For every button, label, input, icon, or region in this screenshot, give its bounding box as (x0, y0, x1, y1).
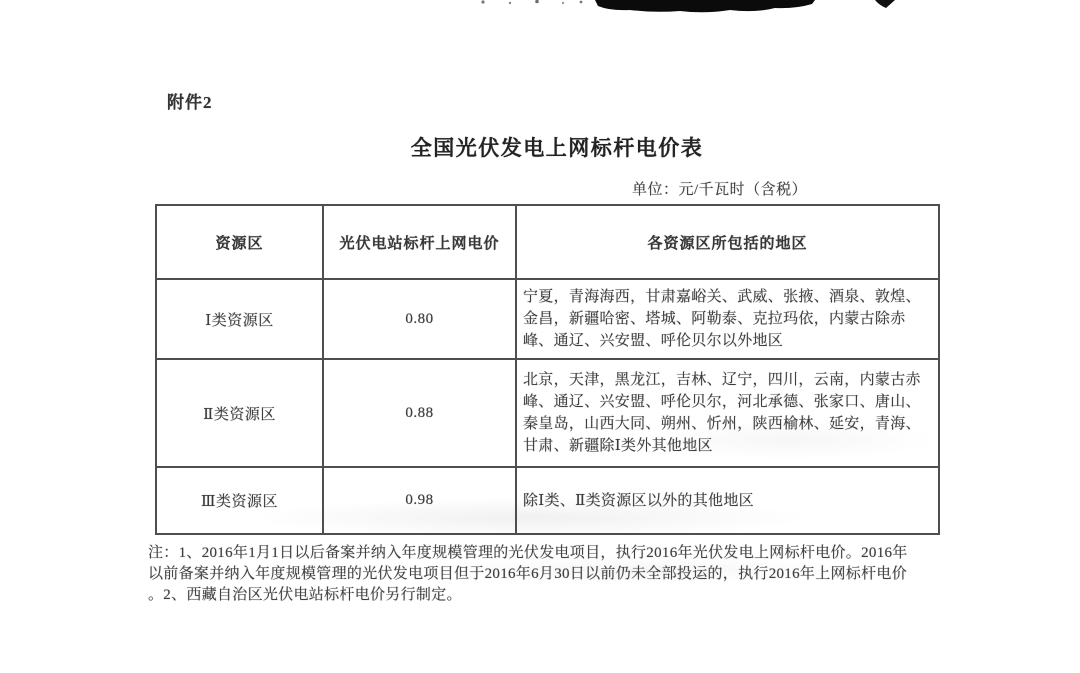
footnote-line: 注：1、2016年1月1日以后备案并纳入年度规模管理的光伏发电项目，执行2016… (148, 543, 988, 564)
attachment-label: 附件2 (167, 88, 213, 113)
unit-note: 单位：元/千瓦时（含税） (632, 178, 807, 199)
column-header-regions: 各资源区所包括的地区 (516, 205, 939, 279)
column-header-zone: 资源区 (156, 205, 323, 279)
document-title: 全国光伏发电上网标杆电价表 (0, 132, 1080, 162)
tariff-table: 资源区 光伏电站标杆上网电价 各资源区所包括的地区 Ⅰ类资源区 0.80 宁夏，… (155, 204, 940, 535)
table-row-zone-1: Ⅰ类资源区 0.80 宁夏，青海海西，甘肃嘉峪关、武威、张掖、酒泉、敦煌、金昌，… (156, 279, 939, 359)
zone-1-regions: 宁夏，青海海西，甘肃嘉峪关、武威、张掖、酒泉、敦煌、金昌，新疆哈密、塔城、阿勒泰… (516, 279, 939, 359)
scanned-document-page: 附件2 全国光伏发电上网标杆电价表 单位：元/千瓦时（含税） 资源区 光伏电站标… (0, 0, 1080, 673)
column-header-price: 光伏电站标杆上网电价 (323, 205, 516, 279)
footnote-line: 以前备案并纳入年度规模管理的光伏发电项目但于2016年6月30日以前仍未全部投运… (148, 564, 988, 585)
zone-3-regions: 除Ⅰ类、Ⅱ类资源区以外的其他地区 (516, 467, 939, 534)
zone-3-label: Ⅲ类资源区 (156, 467, 323, 534)
footnotes: 注：1、2016年1月1日以后备案并纳入年度规模管理的光伏发电项目，执行2016… (148, 543, 988, 606)
zone-3-price: 0.98 (323, 467, 516, 534)
zone-2-regions: 北京，天津，黑龙江，吉林、辽宁，四川，云南，内蒙古赤峰、通辽、兴安盟、呼伦贝尔，… (516, 359, 939, 467)
footnote-line: 。2、西藏自治区光伏电站标杆电价另行制定。 (148, 585, 988, 606)
table-row-zone-3: Ⅲ类资源区 0.98 除Ⅰ类、Ⅱ类资源区以外的其他地区 (156, 467, 939, 534)
ink-smudge-artifact (455, 0, 915, 20)
zone-1-price: 0.80 (323, 279, 516, 359)
zone-1-label: Ⅰ类资源区 (156, 279, 323, 359)
table-row-zone-2: Ⅱ类资源区 0.88 北京，天津，黑龙江，吉林、辽宁，四川，云南，内蒙古赤峰、通… (156, 359, 939, 467)
zone-2-label: Ⅱ类资源区 (156, 359, 323, 467)
zone-2-price: 0.88 (323, 359, 516, 467)
table-header-row: 资源区 光伏电站标杆上网电价 各资源区所包括的地区 (156, 205, 939, 279)
